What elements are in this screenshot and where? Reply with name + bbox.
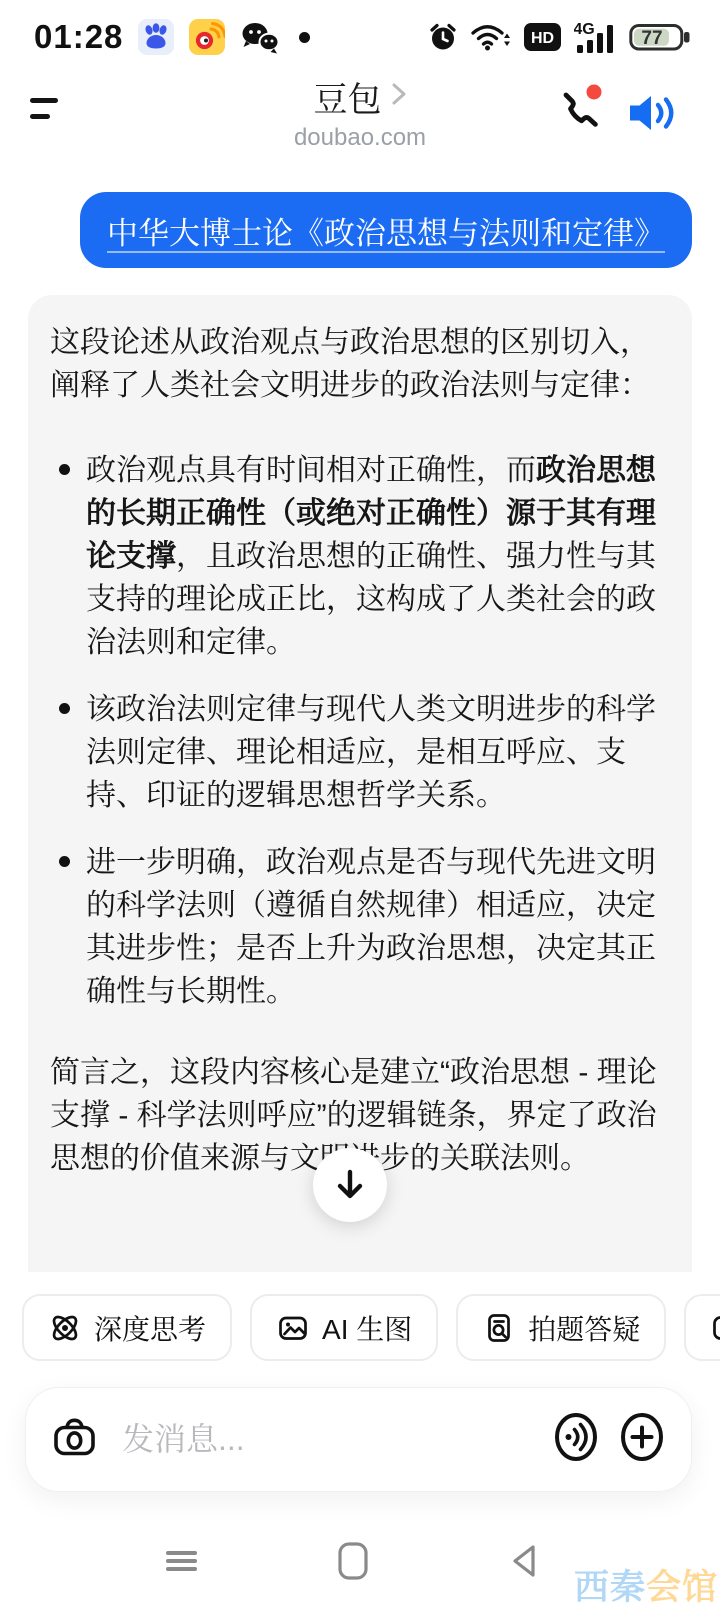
- list-item: 进一步明确，政治观点是否与现代先进文明的科学法则（遵循自然规律）相适应，决定其进…: [50, 841, 662, 1013]
- weibo-app-icon: [189, 19, 225, 55]
- wechat-app-icon: [240, 20, 280, 54]
- video-icon: [710, 1311, 720, 1345]
- app-header: 豆包 doubao.com: [0, 64, 720, 166]
- clock-time: 01:28: [34, 18, 123, 56]
- speaker-button[interactable]: [626, 90, 680, 141]
- notification-dot-icon: [299, 32, 310, 43]
- video-button[interactable]: 视频: [684, 1294, 720, 1361]
- message-composer: [25, 1387, 692, 1492]
- watermark: 西秦会馆: [574, 1560, 718, 1610]
- scroll-to-bottom-button[interactable]: [313, 1148, 387, 1222]
- user-message-bubble: 中华大博士论《政治思想与法则和定律》: [80, 192, 692, 268]
- menu-button[interactable]: [30, 98, 76, 119]
- bullet-dot: [50, 449, 86, 664]
- menu-icon: [166, 1547, 197, 1575]
- status-bar: 01:28 HD 4G: [0, 0, 720, 64]
- image-icon: [276, 1311, 310, 1345]
- call-button[interactable]: [550, 80, 608, 143]
- battery-icon: 77: [629, 21, 692, 53]
- ai-intro-text: 这段论述从政治观点与政治思想的区别切入，阐释了人类社会文明进步的政治法则与定律：: [50, 321, 662, 407]
- atom-icon: [48, 1311, 82, 1345]
- camera-button[interactable]: [52, 1416, 98, 1463]
- ai-message-bubble: 这段论述从政治观点与政治思想的区别切入，阐释了人类社会文明进步的政治法则与定律：…: [28, 295, 692, 1272]
- ai-image-button[interactable]: AI 生图: [250, 1294, 438, 1361]
- nav-menu-button[interactable]: [158, 1538, 204, 1584]
- hd-badge: HD: [524, 23, 561, 51]
- back-icon: [505, 1541, 545, 1581]
- nav-home-button[interactable]: [330, 1538, 376, 1584]
- svg-text:77: 77: [641, 28, 662, 49]
- chevron-right-icon: [391, 77, 407, 116]
- quick-actions-row: 深度思考 AI 生图 拍题答疑 视频: [22, 1294, 720, 1361]
- voice-button[interactable]: [553, 1412, 599, 1467]
- ai-bullet-list: 政治观点具有时间相对正确性，而政治思想的长期正确性（或绝对正确性）源于其有理论支…: [50, 449, 662, 1013]
- user-message-text: 中华大博士论《政治思想与法则和定律》: [107, 208, 665, 253]
- bullet-dot: [50, 688, 86, 817]
- android-navbar: [158, 1528, 548, 1594]
- camera-icon: [52, 1416, 98, 1458]
- plus-icon: [619, 1412, 665, 1462]
- message-input[interactable]: [120, 1420, 531, 1459]
- baidu-app-icon: [138, 19, 174, 55]
- list-item: 该政治法则定律与现代人类文明进步的科学法则定律、理论相适应，是相互呼应、支持、印…: [50, 688, 662, 817]
- bullet-dot: [50, 841, 86, 1013]
- home-icon: [334, 1540, 372, 1582]
- arrow-down-icon: [330, 1165, 370, 1205]
- bot-title-block[interactable]: 豆包 doubao.com: [160, 72, 560, 152]
- alarm-icon: [428, 22, 458, 52]
- doubao-chat-screen: 01:28 HD 4G: [0, 0, 720, 1612]
- list-item: 政治观点具有时间相对正确性，而政治思想的长期正确性（或绝对正确性）源于其有理论支…: [50, 449, 662, 664]
- svg-text:HD: HD: [531, 30, 554, 47]
- svg-text:4G: 4G: [574, 21, 595, 38]
- signal-4g-icon: 4G: [574, 20, 616, 54]
- add-button[interactable]: [619, 1412, 665, 1467]
- wifi-icon: [471, 22, 511, 52]
- deep-think-button[interactable]: 深度思考: [22, 1294, 232, 1361]
- phone-icon: [566, 95, 595, 124]
- page-title: 豆包: [314, 72, 382, 121]
- badge-dot: [587, 85, 602, 100]
- photo-question-icon: [482, 1311, 516, 1345]
- nav-back-button[interactable]: [502, 1538, 548, 1584]
- photo-question-button[interactable]: 拍题答疑: [456, 1294, 666, 1361]
- bot-subtitle: doubao.com: [160, 124, 560, 152]
- voice-wave-icon: [553, 1412, 599, 1462]
- speaker-icon: [626, 90, 680, 136]
